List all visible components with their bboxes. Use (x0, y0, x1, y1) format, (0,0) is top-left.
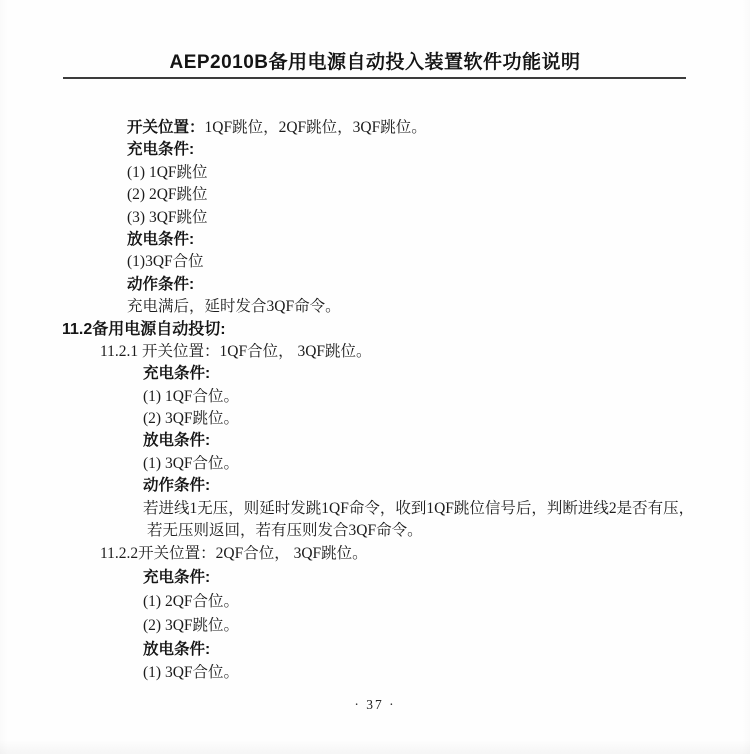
text-line: 11.2备用电源自动投切: (0, 319, 750, 341)
text-line: (1) 2QF合位。 (0, 590, 750, 614)
text-line: 充电条件: (0, 139, 750, 161)
text-line: 动作条件: (0, 475, 750, 497)
text-line: 开关位置：1QF跳位，2QF跳位，3QF跳位。 (0, 117, 750, 139)
text-line: (2) 3QF跳位。 (0, 408, 750, 430)
text-line: 11.2.2开关位置：2QF合位， 3QF跳位。 (0, 542, 750, 566)
line-heading-label: 放电条件: (127, 231, 194, 248)
line-text: 11.2.2开关位置：2QF合位， 3QF跳位。 (100, 545, 368, 562)
line-text: (1) 1QF合位。 (143, 388, 239, 405)
text-line: 充电条件: (0, 566, 750, 590)
document-page: AEP2010B备用电源自动投入装置软件功能说明 开关位置：1QF跳位，2QF跳… (0, 0, 750, 754)
line-text: 若无压则返回，若有压则发合3QF命令。 (147, 522, 423, 539)
text-line: 充电满后，延时发合3QF命令。 (0, 296, 750, 318)
text-line: (1)3QF合位 (0, 251, 750, 273)
text-line: 若进线1无压，则延时发跳1QF命令，收到1QF跳位信号后，判断进线2是否有压， (0, 498, 750, 520)
line-text: (1) 3QF合位。 (143, 455, 239, 472)
line-text: 1QF跳位，2QF跳位，3QF跳位。 (205, 119, 427, 136)
line-heading-label: 充电条件: (143, 365, 210, 382)
line-heading-label: 开关位置： (127, 119, 205, 136)
text-line: 放电条件: (0, 430, 750, 452)
text-line: (2) 2QF跳位 (0, 184, 750, 206)
line-text: (2) 3QF跳位。 (143, 410, 239, 427)
line-text: (1) 3QF合位。 (143, 664, 239, 681)
text-line: 放电条件: (0, 229, 750, 251)
text-line: (2) 3QF跳位。 (0, 614, 750, 638)
text-line: 若无压则返回，若有压则发合3QF命令。 (0, 520, 750, 542)
line-text: (3) 3QF跳位 (127, 209, 208, 226)
line-text: 若进线1无压，则延时发跳1QF命令，收到1QF跳位信号后，判断进线2是否有压， (143, 500, 694, 517)
text-line: 动作条件: (0, 274, 750, 296)
line-heading-label: 放电条件: (143, 432, 210, 449)
document-lines: 开关位置：1QF跳位，2QF跳位，3QF跳位。充电条件:(1) 1QF跳位(2)… (0, 117, 750, 685)
header-rule-divider (63, 77, 686, 79)
document-header-title: AEP2010B备用电源自动投入装置软件功能说明 (0, 47, 750, 74)
line-text: (2) 2QF跳位 (127, 186, 208, 203)
line-text: (1) 1QF跳位 (127, 164, 208, 181)
line-heading-label: 充电条件: (127, 141, 194, 158)
line-heading-label: 放电条件: (143, 641, 210, 658)
line-heading-label: 充电条件: (143, 569, 210, 586)
text-line: (1) 3QF合位。 (0, 453, 750, 475)
line-heading-label: 动作条件: (143, 477, 210, 494)
text-line: (1) 1QF合位。 (0, 386, 750, 408)
text-line: (1) 1QF跳位 (0, 162, 750, 184)
text-line: 放电条件: (0, 638, 750, 662)
text-line: (3) 3QF跳位 (0, 207, 750, 229)
line-heading-label: 动作条件: (127, 276, 194, 293)
page-number: · 37 · (0, 697, 750, 713)
line-text: 充电满后，延时发合3QF命令。 (127, 298, 341, 315)
text-line: 11.2.1 开关位置：1QF合位， 3QF跳位。 (0, 341, 750, 363)
line-text: (1)3QF合位 (127, 253, 204, 270)
text-line: 充电条件: (0, 363, 750, 385)
line-text: (2) 3QF跳位。 (143, 617, 239, 634)
line-text: (1) 2QF合位。 (143, 593, 239, 610)
line-heading-label: 11.2备用电源自动投切: (62, 321, 226, 338)
text-line: (1) 3QF合位。 (0, 661, 750, 685)
line-text: 11.2.1 开关位置：1QF合位， 3QF跳位。 (100, 343, 372, 360)
